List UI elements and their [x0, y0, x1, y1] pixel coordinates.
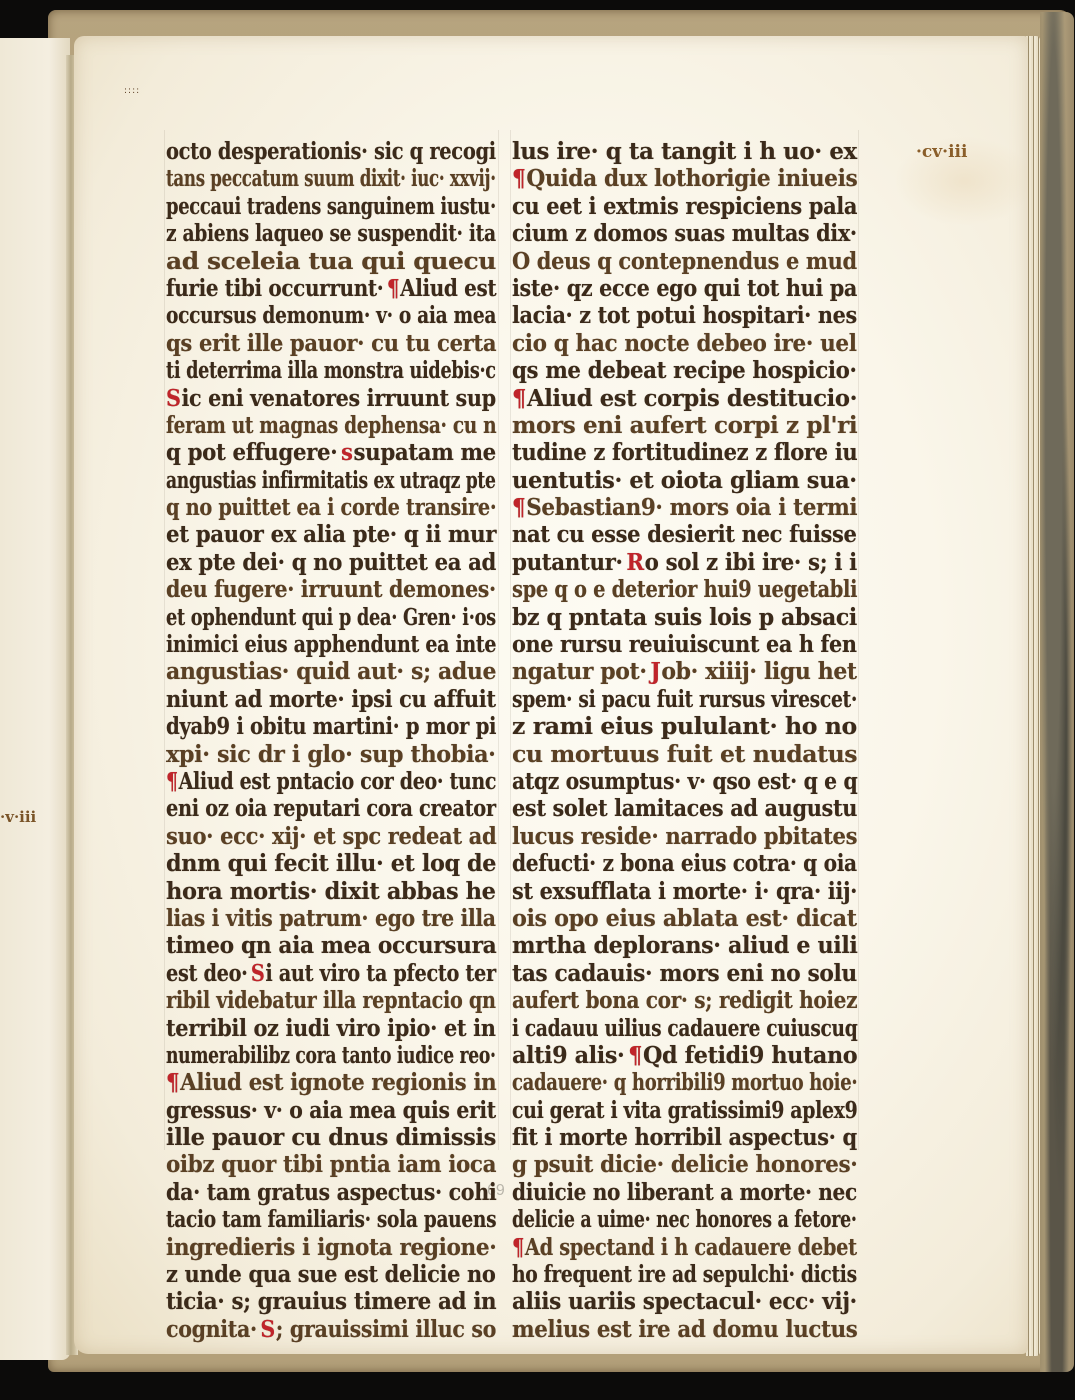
text-line-content: hora mortis· dixit abbas he [166, 878, 496, 905]
text-line: Sic eni venatores irruunt sup [166, 385, 496, 412]
line-text: ribil videbatur illa repntacio qn [166, 987, 496, 1014]
text-line-content: Sic eni venatores irruunt sup [166, 385, 496, 412]
text-line-content: z abiens laqueo se suspendit· ita [166, 220, 496, 247]
folio-number: ·cv·iii [916, 142, 967, 162]
text-line: st exsufflata i morte· i· qra· iij· [512, 878, 857, 905]
text-line: feram ut magnas dephensa· cu n [166, 412, 496, 439]
line-text: i cadauu uilius cadauere cuiuscuq [512, 1015, 857, 1042]
text-line: cu mortuus fuit et nudatus [512, 741, 857, 768]
text-line: ex pte dei· q no puittet ea ad [166, 549, 496, 576]
text-line-content: oibz quor tibi pntia iam ioca [166, 1151, 496, 1178]
rubric-initial: J [650, 658, 660, 685]
text-line-content: delicie a uime· nec honores a fetore· [512, 1206, 857, 1233]
line-text: tans peccatum suum dixit· iuc· xxvij· [166, 165, 496, 192]
text-line-content: z rami eius pululant· ho no [512, 713, 857, 740]
text-line-content: gressus· v· o aia mea quis erit [166, 1097, 496, 1124]
line-text: aliis uariis spectacul· ecc· vij· [512, 1288, 857, 1315]
text-line: nat cu esse desierit nec fuisse [512, 521, 857, 548]
text-line-content: ribil videbatur illa repntacio qn [166, 987, 496, 1014]
text-line-content: spe q o e deterior hui9 uegetabli [512, 576, 857, 603]
text-line: qs erit ille pauor· cu tu certa [166, 330, 496, 357]
text-line: spe q o e deterior hui9 uegetabli [512, 576, 857, 603]
line-text: cognita· [166, 1316, 257, 1343]
rubric-initial: S [251, 960, 265, 987]
text-line: ¶Aliud est corpis destitucio· [512, 385, 857, 412]
text-line-content: occursus demonum· v· o aia mea [166, 302, 496, 329]
text-line-content: ¶Aliud est ignote regionis in [166, 1069, 496, 1096]
text-line-content: ticia· s; grauius timere ad in [166, 1288, 496, 1315]
text-line-content: alti9 alis·¶Qd fetidi9 hutano [512, 1042, 857, 1069]
line-text: gressus· v· o aia mea quis erit [166, 1097, 496, 1124]
line-text: g psuit dicie· delicie honores· [512, 1151, 857, 1178]
text-line-content: terribil oz iudi viro ipio· et in [166, 1015, 496, 1042]
text-line: occursus demonum· v· o aia mea [166, 302, 496, 329]
text-line: ¶Aliud est pntacio cor deo· tunc [166, 768, 496, 795]
text-line-content: tas cadauis· mors eni no solu [512, 960, 857, 987]
text-line-content: ois opo eius ablata est· dicat [512, 905, 857, 932]
text-line-content: ti deterrima illa monstra uidebis·c [166, 357, 496, 384]
text-line-content: peccaui tradens sanguinem iustu· [166, 193, 496, 220]
line-text: ic eni venatores irruunt sup [182, 385, 496, 412]
line-text: occursus demonum· v· o aia mea [166, 302, 496, 329]
text-line: octo desperationis· sic q recogi [166, 138, 496, 165]
line-text: furie tibi occurrunt· [166, 275, 383, 302]
ruling-line [858, 130, 859, 1150]
text-line: ille pauor cu dnus dimissis [166, 1124, 496, 1151]
text-line: da· tam gratus aspectus· cohi [166, 1179, 496, 1206]
text-line: aliis uariis spectacul· ecc· vij· [512, 1288, 857, 1315]
text-line-content: z unde qua sue est delicie no [166, 1261, 496, 1288]
line-text: Aliud est corpis destitucio· [527, 385, 857, 412]
text-line: bz q pntata suis lois p absaci [512, 604, 857, 631]
text-line-content: niunt ad morte· ipsi cu affuit [166, 686, 496, 713]
line-text: ille pauor cu dnus dimissis [166, 1124, 496, 1151]
rubric-paragraph-mark: ¶ [166, 768, 178, 795]
text-line: tans peccatum suum dixit· iuc· xxvij· [166, 165, 496, 192]
text-line: mors eni aufert corpi z pl'ri [512, 412, 857, 439]
line-text: ngatur pot· [512, 658, 647, 685]
line-text: ticia· s; grauius timere ad in [166, 1288, 496, 1315]
text-line: spem· si pacu fuit rursus virescet· [512, 686, 857, 713]
text-line-content: ille pauor cu dnus dimissis [166, 1124, 496, 1151]
line-text: ois opo eius ablata est· dicat [512, 905, 857, 932]
text-line: cu eet i extmis respiciens pala [512, 193, 857, 220]
line-text: dyab9 i obitu martini· p mor pi [166, 713, 496, 740]
text-line-content: furie tibi occurrunt·¶Aliud est [166, 275, 496, 302]
text-line-content: nat cu esse desierit nec fuisse [512, 521, 857, 548]
text-line: cognita·S; grauissimi illuc so [166, 1316, 496, 1343]
text-line-content: aufert bona cor· s; redigit hoiez [512, 987, 857, 1014]
text-line: xpi· sic dr i glo· sup thobia· [166, 741, 496, 768]
text-line-content: qs me debeat recipe hospicio· [512, 357, 857, 384]
line-text: O deus q contepnendus e mud [512, 248, 857, 275]
line-text: peccaui tradens sanguinem iustu· [166, 193, 496, 220]
page-stack-edge [1026, 36, 1040, 1356]
line-text: nat cu esse desierit nec fuisse [512, 521, 857, 548]
text-line-content: suo· ecc· xij· et spc redeat ad [166, 823, 496, 850]
text-line: iste· qz ecce ego qui tot hui pa [512, 275, 857, 302]
text-line-content: lacia· z tot potui hospitari· nes [512, 302, 857, 329]
line-text: lus ire· q ta tangit i h uo· ex [512, 138, 857, 165]
text-line: ingredieris i ignota regione· [166, 1234, 496, 1261]
line-text: suo· ecc· xij· et spc redeat ad [166, 823, 496, 850]
line-text: ad sceleia tua qui quecu [166, 248, 496, 275]
text-line-content: tacio tam familiaris· sola pauens [166, 1206, 496, 1233]
text-line: inimici eius apphendunt ea inte [166, 631, 496, 658]
line-text: cadauere· q horribili9 mortuo hoie· [512, 1069, 857, 1096]
line-text: Aliud est pntacio cor deo· tunc [179, 768, 497, 795]
text-line: hora mortis· dixit abbas he [166, 878, 496, 905]
text-line-content: mors eni aufert corpi z pl'ri [512, 412, 857, 439]
line-text: ex pte dei· q no puittet ea ad [166, 549, 496, 576]
line-text: numerabilibz cora tanto iudice reo· [166, 1042, 496, 1069]
text-line-content: q pot effugere·ssupatam me [166, 439, 496, 466]
line-text: z unde qua sue est delicie no [166, 1261, 496, 1288]
text-line-content: cu mortuus fuit et nudatus [512, 741, 857, 768]
text-line: lucus reside· narrado pbitates [512, 823, 857, 850]
text-line-content: ngatur pot·Job· xiiij· ligu het [512, 658, 857, 685]
text-line: lacia· z tot potui hospitari· nes [512, 302, 857, 329]
text-line-content: feram ut magnas dephensa· cu n [166, 412, 496, 439]
line-text: tas cadauis· mors eni no solu [512, 960, 857, 987]
line-text: fit i morte horribil aspectus· q [512, 1124, 857, 1151]
text-line-content: ad sceleia tua qui quecu [166, 248, 496, 275]
text-line-content: cio q hac nocte debeo ire· uel [512, 330, 857, 357]
text-line-content: aliis uariis spectacul· ecc· vij· [512, 1288, 857, 1315]
line-text: q no puittet ea i corde transire· [166, 494, 496, 521]
line-text: bz q pntata suis lois p absaci [512, 604, 857, 631]
rubric-paragraph-mark: ¶ [512, 385, 526, 412]
rubric-initial: s [341, 439, 353, 466]
line-text: supatam me [354, 439, 496, 466]
line-text: cu eet i extmis respiciens pala [512, 193, 857, 220]
line-text: cui gerat i vita gratissimi9 aplex9 [512, 1097, 857, 1124]
quire-signature-mark: :::: [124, 88, 140, 95]
line-text: tacio tam familiaris· sola pauens [166, 1206, 496, 1233]
line-text: oibz quor tibi pntia iam ioca [166, 1151, 496, 1178]
line-text: delicie a uime· nec honores a fetore· [512, 1206, 857, 1233]
text-line-content: lucus reside· narrado pbitates [512, 823, 857, 850]
line-text: inimici eius apphendunt ea inte [166, 631, 496, 658]
text-line-content: ingredieris i ignota regione· [166, 1234, 496, 1261]
text-line: est solet lamitaces ad augustu [512, 795, 857, 822]
text-line-content: lias i vitis patrum· ego tre illa [166, 905, 496, 932]
text-line: angustias· quid aut· s; adue [166, 658, 496, 685]
text-line-content: deu fugere· irruunt demones· [166, 576, 496, 603]
text-line: suo· ecc· xij· et spc redeat ad [166, 823, 496, 850]
line-text: angustias· quid aut· s; adue [166, 658, 496, 685]
text-line-content: lus ire· q ta tangit i h uo· ex [512, 138, 857, 165]
text-line: melius est ire ad domu luctus [512, 1316, 857, 1343]
text-line-content: one rursu reuiuiscunt ea h fen [512, 631, 857, 658]
line-text: Aliud est [400, 275, 496, 302]
line-text: Ad spectand i h cadauere debet [525, 1234, 857, 1261]
text-line: numerabilibz cora tanto iudice reo· [166, 1042, 496, 1069]
text-line: ticia· s; grauius timere ad in [166, 1288, 496, 1315]
line-text: uentutis· et oiota gliam sua· [512, 467, 857, 494]
line-text: ingredieris i ignota regione· [166, 1234, 496, 1261]
text-line: ad sceleia tua qui quecu [166, 248, 496, 275]
rubric-paragraph-mark: ¶ [512, 1234, 524, 1261]
text-line: deu fugere· irruunt demones· [166, 576, 496, 603]
text-line-content: angustias· quid aut· s; adue [166, 658, 496, 685]
text-line: putantur·Ro sol z ibi ire· s; i i [512, 549, 857, 576]
text-line-content: cadauere· q horribili9 mortuo hoie· [512, 1069, 857, 1096]
text-line: ¶Aliud est ignote regionis in [166, 1069, 496, 1096]
line-text: niunt ad morte· ipsi cu affuit [166, 686, 496, 713]
line-text: cu mortuus fuit et nudatus [512, 741, 857, 768]
text-column-right: lus ire· q ta tangit i h uo· ex¶Quida du… [512, 138, 857, 1343]
text-line-content: putantur·Ro sol z ibi ire· s; i i [512, 549, 857, 576]
text-line-content: est deo·Si aut viro ta pfecto ter [166, 960, 496, 987]
line-text: one rursu reuiuiscunt ea h fen [512, 631, 857, 658]
line-text: z abiens laqueo se suspendit· ita [166, 220, 496, 247]
line-text: spem· si pacu fuit rursus virescet· [512, 686, 857, 713]
text-line: ribil videbatur illa repntacio qn [166, 987, 496, 1014]
line-text: mors eni aufert corpi z pl'ri [512, 412, 857, 439]
text-line: et pauor ex alia pte· q ii mur [166, 521, 496, 548]
text-line: tudine z fortitudinez z flore iu [512, 439, 857, 466]
text-line: lus ire· q ta tangit i h uo· ex [512, 138, 857, 165]
text-line-content: q no puittet ea i corde transire· [166, 494, 496, 521]
text-line: g psuit dicie· delicie honores· [512, 1151, 857, 1178]
line-text: Qd fetidi9 hutano [643, 1042, 857, 1069]
text-line-content: timeo qn aia mea occursura [166, 932, 496, 959]
text-line: furie tibi occurrunt·¶Aliud est [166, 275, 496, 302]
line-text: et pauor ex alia pte· q ii mur [166, 521, 496, 548]
rubric-paragraph-mark: ¶ [387, 275, 399, 302]
line-text: hora mortis· dixit abbas he [166, 878, 496, 905]
text-line-content: diuicie no liberant a morte· nec [512, 1179, 857, 1206]
rubric-paragraph-mark: ¶ [166, 1069, 179, 1096]
text-line: cium z domos suas multas dix· [512, 220, 857, 247]
line-text: xpi· sic dr i glo· sup thobia· [166, 741, 496, 768]
text-line-content: eni oz oia reputari cora creator [166, 795, 496, 822]
line-text: lacia· z tot potui hospitari· nes [512, 302, 857, 329]
line-text: timeo qn aia mea occursura [166, 932, 496, 959]
text-line-content: cognita·S; grauissimi illuc so [166, 1316, 496, 1343]
text-line-content: angustias infirmitatis ex utraqz pte [166, 467, 496, 494]
text-line-content: octo desperationis· sic q recogi [166, 138, 496, 165]
text-line-content: ¶Ad spectand i h cadauere debet [512, 1234, 857, 1261]
text-line: angustias infirmitatis ex utraqz pte [166, 467, 496, 494]
line-text: melius est ire ad domu luctus [512, 1316, 857, 1343]
binding-spine-edge [1040, 12, 1074, 1372]
text-line-content: fit i morte horribil aspectus· q [512, 1124, 857, 1151]
rubric-paragraph-mark: ¶ [628, 1042, 642, 1069]
text-line-content: uentutis· et oiota gliam sua· [512, 467, 857, 494]
text-line: timeo qn aia mea occursura [166, 932, 496, 959]
text-line: cui gerat i vita gratissimi9 aplex9 [512, 1097, 857, 1124]
text-line: est deo·Si aut viro ta pfecto ter [166, 960, 496, 987]
text-line: tas cadauis· mors eni no solu [512, 960, 857, 987]
text-line-content: dnm qui fecit illu· et loq de [166, 850, 496, 877]
text-line: mrtha deplorans· aliud e uili [512, 932, 857, 959]
text-line: one rursu reuiuiscunt ea h fen [512, 631, 857, 658]
text-line-content: st exsufflata i morte· i· qra· iij· [512, 878, 857, 905]
text-line-content: iste· qz ecce ego qui tot hui pa [512, 275, 857, 302]
text-line: dyab9 i obitu martini· p mor pi [166, 713, 496, 740]
text-line: defucti· z bona eius cotra· q oia [512, 850, 857, 877]
text-line-content: numerabilibz cora tanto iudice reo· [166, 1042, 496, 1069]
text-line: fit i morte horribil aspectus· q [512, 1124, 857, 1151]
line-text: cium z domos suas multas dix· [512, 220, 857, 247]
line-text: qs me debeat recipe hospicio· [512, 357, 857, 384]
line-text: qs erit ille pauor· cu tu certa [166, 330, 496, 357]
text-line-content: da· tam gratus aspectus· cohi [166, 1179, 496, 1206]
line-text: alti9 alis· [512, 1042, 624, 1069]
rubric-initial: S [260, 1316, 275, 1343]
text-line: alti9 alis·¶Qd fetidi9 hutano [512, 1042, 857, 1069]
text-line-content: i cadauu uilius cadauere cuiuscuq [512, 1015, 857, 1042]
text-line: i cadauu uilius cadauere cuiuscuq [512, 1015, 857, 1042]
text-line-content: mrtha deplorans· aliud e uili [512, 932, 857, 959]
text-line: dnm qui fecit illu· et loq de [166, 850, 496, 877]
line-text: putantur· [512, 549, 623, 576]
line-text: atqz osumptus· v· qso est· q e q [512, 768, 857, 795]
text-line-content: cium z domos suas multas dix· [512, 220, 857, 247]
text-line: ¶Sebastian9· mors oia i termi [512, 494, 857, 521]
line-text: ; grauissimi illuc so [276, 1316, 496, 1343]
text-line: O deus q contepnendus e mud [512, 248, 857, 275]
text-line-content: ex pte dei· q no puittet ea ad [166, 549, 496, 576]
line-text: octo desperationis· sic q recogi [166, 138, 496, 165]
text-line-content: cu eet i extmis respiciens pala [512, 193, 857, 220]
text-line: niunt ad morte· ipsi cu affuit [166, 686, 496, 713]
text-line: eni oz oia reputari cora creator [166, 795, 496, 822]
line-text: feram ut magnas dephensa· cu n [166, 412, 496, 439]
rubric-paragraph-mark: ¶ [512, 165, 525, 192]
rubric-paragraph-mark: ¶ [512, 494, 525, 521]
line-text: q pot effugere· [166, 439, 337, 466]
text-line: cadauere· q horribili9 mortuo hoie· [512, 1069, 857, 1096]
text-line: terribil oz iudi viro ipio· et in [166, 1015, 496, 1042]
text-line: atqz osumptus· v· qso est· q e q [512, 768, 857, 795]
text-line: z rami eius pululant· ho no [512, 713, 857, 740]
text-line: uentutis· et oiota gliam sua· [512, 467, 857, 494]
text-line: aufert bona cor· s; redigit hoiez [512, 987, 857, 1014]
text-line-content: et pauor ex alia pte· q ii mur [166, 521, 496, 548]
text-line: z abiens laqueo se suspendit· ita [166, 220, 496, 247]
text-line-content: bz q pntata suis lois p absaci [512, 604, 857, 631]
line-text: eni oz oia reputari cora creator [166, 795, 496, 822]
text-line: ¶Quida dux lothorigie iniueis [512, 165, 857, 192]
text-line: et ophendunt qui p dea· Gren· i·os [166, 604, 496, 631]
text-line: tacio tam familiaris· sola pauens [166, 1206, 496, 1233]
line-text: lucus reside· narrado pbitates [512, 823, 857, 850]
facing-page-verso: ·v·iii [0, 38, 70, 1360]
text-line: q pot effugere·ssupatam me [166, 439, 496, 466]
text-line: ngatur pot·Job· xiiij· ligu het [512, 658, 857, 685]
line-text: da· tam gratus aspectus· cohi [166, 1179, 496, 1206]
line-text: i aut viro ta pfecto ter [265, 960, 495, 987]
line-text: Sebastian9· mors oia i termi [526, 494, 857, 521]
rubric-initial: S [166, 385, 181, 412]
line-text: deu fugere· irruunt demones· [166, 576, 496, 603]
line-text: angustias infirmitatis ex utraqz pte [166, 467, 496, 494]
line-text: est solet lamitaces ad augustu [512, 795, 857, 822]
text-line: gressus· v· o aia mea quis erit [166, 1097, 496, 1124]
line-text: st exsufflata i morte· i· qra· iij· [512, 878, 857, 905]
line-text: defucti· z bona eius cotra· q oia [512, 850, 857, 877]
text-line: ¶Ad spectand i h cadauere debet [512, 1234, 857, 1261]
text-line-content: spem· si pacu fuit rursus virescet· [512, 686, 857, 713]
line-text: iste· qz ecce ego qui tot hui pa [512, 275, 857, 302]
line-text: dnm qui fecit illu· et loq de [166, 850, 496, 877]
facing-page-folio-number: ·v·iii [0, 808, 36, 826]
text-line-content: atqz osumptus· v· qso est· q e q [512, 768, 857, 795]
text-line: diuicie no liberant a morte· nec [512, 1179, 857, 1206]
line-text: et ophendunt qui p dea· Gren· i·os [166, 604, 496, 631]
text-column-left: octo desperationis· sic q recogitans pec… [166, 138, 496, 1343]
ruling-line [498, 130, 499, 1150]
line-text: aufert bona cor· s; redigit hoiez [512, 987, 857, 1014]
text-line: peccaui tradens sanguinem iustu· [166, 193, 496, 220]
text-line-content: dyab9 i obitu martini· p mor pi [166, 713, 496, 740]
text-line-content: tudine z fortitudinez z flore iu [512, 439, 857, 466]
text-line-content: et ophendunt qui p dea· Gren· i·os [166, 604, 496, 631]
text-line: cio q hac nocte debeo ire· uel [512, 330, 857, 357]
line-text: ti deterrima illa monstra uidebis·c [166, 357, 496, 384]
line-text: ho frequent ire ad sepulchi· dictis [512, 1261, 857, 1288]
text-line-content: ho frequent ire ad sepulchi· dictis [512, 1261, 857, 1288]
line-text: ob· xiiij· ligu het [661, 658, 856, 685]
text-line: ois opo eius ablata est· dicat [512, 905, 857, 932]
line-text: terribil oz iudi viro ipio· et in [166, 1015, 496, 1042]
line-text: cio q hac nocte debeo ire· uel [512, 330, 857, 357]
text-line-content: xpi· sic dr i glo· sup thobia· [166, 741, 496, 768]
text-line-content: ¶Aliud est corpis destitucio· [512, 385, 857, 412]
line-text: o sol z ibi ire· s; i i [645, 549, 857, 576]
text-line-content: melius est ire ad domu luctus [512, 1316, 857, 1343]
text-line-content: O deus q contepnendus e mud [512, 248, 857, 275]
text-line-content: ¶Sebastian9· mors oia i termi [512, 494, 857, 521]
line-text: spe q o e deterior hui9 uegetabli [512, 576, 857, 603]
text-line-content: qs erit ille pauor· cu tu certa [166, 330, 496, 357]
text-line: oibz quor tibi pntia iam ioca [166, 1151, 496, 1178]
text-line: ti deterrima illa monstra uidebis·c [166, 357, 496, 384]
text-line: q no puittet ea i corde transire· [166, 494, 496, 521]
text-line-content: ¶Quida dux lothorigie iniueis [512, 165, 857, 192]
ruling-line [510, 130, 511, 1150]
line-text: est deo· [166, 960, 248, 987]
text-line: delicie a uime· nec honores a fetore· [512, 1206, 857, 1233]
text-line-content: ¶Aliud est pntacio cor deo· tunc [166, 768, 496, 795]
line-text: tudine z fortitudinez z flore iu [512, 439, 857, 466]
text-line: lias i vitis patrum· ego tre illa [166, 905, 496, 932]
text-line: ho frequent ire ad sepulchi· dictis [512, 1261, 857, 1288]
ruling-line [164, 130, 165, 1150]
text-line-content: tans peccatum suum dixit· iuc· xxvij· [166, 165, 496, 192]
text-line-content: g psuit dicie· delicie honores· [512, 1151, 857, 1178]
line-text: mrtha deplorans· aliud e uili [512, 932, 857, 959]
line-text: diuicie no liberant a morte· nec [512, 1179, 857, 1206]
line-text: lias i vitis patrum· ego tre illa [166, 905, 496, 932]
text-line-content: est solet lamitaces ad augustu [512, 795, 857, 822]
line-text: Quida dux lothorigie iniueis [526, 165, 857, 192]
text-line-content: inimici eius apphendunt ea inte [166, 631, 496, 658]
text-line: z unde qua sue est delicie no [166, 1261, 496, 1288]
text-line: qs me debeat recipe hospicio· [512, 357, 857, 384]
line-text: Aliud est ignote regionis in [180, 1069, 496, 1096]
rubric-initial: R [626, 549, 643, 576]
text-line-content: cui gerat i vita gratissimi9 aplex9 [512, 1097, 857, 1124]
text-line-content: defucti· z bona eius cotra· q oia [512, 850, 857, 877]
line-text: z rami eius pululant· ho no [512, 713, 857, 740]
